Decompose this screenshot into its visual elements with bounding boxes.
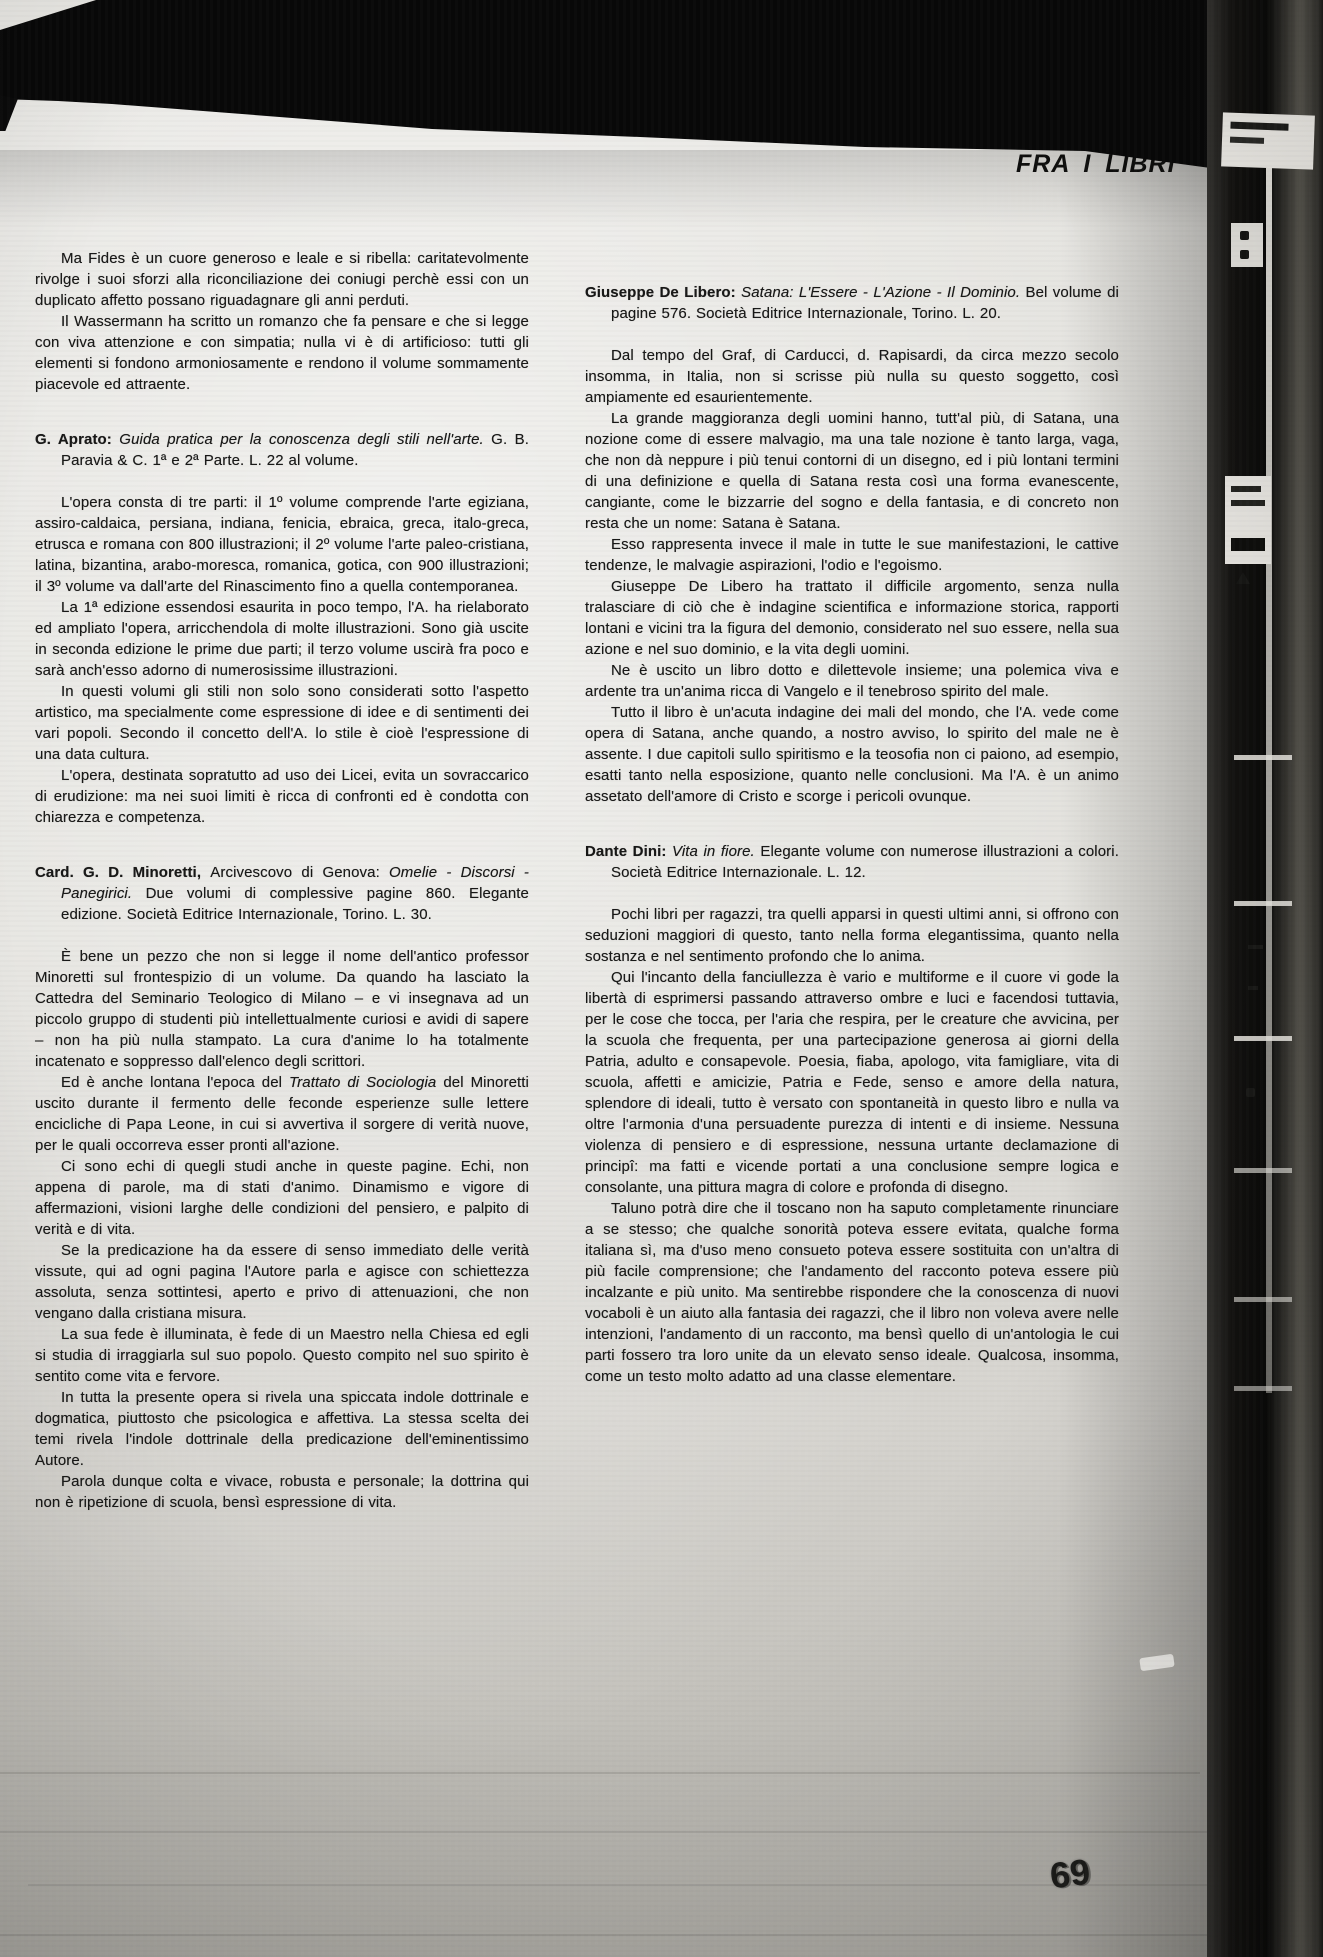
text-segment: Ne è uscito un libro dotto e dilettevole… (585, 662, 1119, 700)
review-paragraph: La grande maggioranza degli uomini hanno… (585, 408, 1119, 534)
text-segment: La sua fede è illuminata, è fede di un M… (35, 1326, 529, 1385)
column-right: Giuseppe De Libero: Satana: L'Essere - L… (585, 248, 1119, 1387)
review-paragraph: Parola dunque colta e vivace, robusta e … (35, 1471, 529, 1513)
text-segment: Ci sono echi di quegli studi anche in qu… (35, 1158, 529, 1238)
index-tab (1225, 476, 1271, 564)
text-segment: L'opera consta di tre parti: il 1º volum… (35, 494, 529, 595)
text-segment: Tutto il libro è un'acuta indagine dei m… (585, 704, 1119, 805)
review-paragraph: Esso rappresenta invece il male in tutte… (585, 534, 1119, 576)
scan-streak (0, 1831, 1215, 1833)
review-paragraph: Ci sono echi di quegli studi anche in qu… (35, 1156, 529, 1240)
text-segment: G. Aprato: (35, 431, 119, 448)
scan-streak (0, 1934, 1225, 1936)
text-segment: Ma Fides è un cuore generoso e leale e s… (35, 250, 529, 309)
text-segment: Due volumi di complessive pagine 860. El… (61, 885, 529, 923)
text-segment: Giuseppe De Libero ha trattato il diffic… (585, 578, 1119, 658)
index-tab (1231, 223, 1263, 267)
review-paragraph: Tutto il libro è un'acuta indagine dei m… (585, 702, 1119, 807)
review-paragraph: L'opera consta di tre parti: il 1º volum… (35, 492, 529, 597)
fore-edge-page-line (1266, 168, 1272, 1393)
text-segment: Dante Dini: (585, 843, 672, 860)
text-segment: Taluno potrà dire che il toscano non ha … (585, 1200, 1119, 1385)
tab-mark (1231, 486, 1261, 492)
book-fore-edge (1207, 0, 1323, 1957)
fore-edge-dash (1234, 1168, 1292, 1173)
text-segment: Satana: L'Essere - L'Azione - Il Dominio… (741, 284, 1020, 301)
column-left: Ma Fides è un cuore generoso e leale e s… (35, 248, 529, 1513)
fore-edge-tick (1248, 945, 1263, 949)
text-segment: Giuseppe De Libero: (585, 284, 741, 301)
tab-mark (1230, 137, 1264, 144)
text-segment: Pochi libri per ragazzi, tra quelli appa… (585, 906, 1119, 965)
text-segment: In tutta la presente opera si rivela una… (35, 1389, 529, 1469)
fore-edge-tick (1248, 986, 1258, 990)
review-paragraph: Se la predicazione ha da essere di senso… (35, 1240, 529, 1324)
review-paragraph: Dal tempo del Graf, di Carducci, d. Rapi… (585, 345, 1119, 408)
tab-mark (1230, 122, 1288, 131)
review-paragraph: L'opera, destinata sopratutto ad uso dei… (35, 765, 529, 828)
tab-mark (1240, 250, 1249, 259)
fore-edge-dash (1234, 901, 1292, 906)
scan-streak (28, 1884, 1213, 1886)
review-heading: Card. G. D. Minoretti, Arcivescovo di Ge… (35, 862, 529, 925)
fore-edge-tick (1246, 1088, 1255, 1097)
text-segment: In questi volumi gli stili non solo sono… (35, 683, 529, 763)
text-segment: Ed è anche lontana l'epoca del (61, 1074, 289, 1091)
review-paragraph: In questi volumi gli stili non solo sono… (35, 681, 529, 765)
review-heading: G. Aprato: Guida pratica per la conoscen… (35, 429, 529, 471)
fore-edge-dash (1234, 1036, 1292, 1041)
scanned-page: FRA I LIBRI Ma Fides è un cuore generoso… (0, 0, 1323, 1957)
review-paragraph: Ne è uscito un libro dotto e dilettevole… (585, 660, 1119, 702)
text-segment: Vita in fiore. (672, 843, 755, 860)
triangle-icon (1236, 572, 1250, 584)
text-segment: La 1ª edizione essendosi esaurita in poc… (35, 599, 529, 679)
review-paragraph: Il Wassermann ha scritto un romanzo che … (35, 311, 529, 395)
review-paragraph: Qui l'incanto della fanciullezza è vario… (585, 967, 1119, 1198)
tab-mark (1231, 500, 1265, 506)
text-segment: Qui l'incanto della fanciullezza è vario… (585, 969, 1119, 1196)
review-paragraph: La 1ª edizione essendosi esaurita in poc… (35, 597, 529, 681)
tab-mark (1240, 231, 1249, 240)
review-heading: Giuseppe De Libero: Satana: L'Essere - L… (585, 282, 1119, 324)
text-segment: Il Wassermann ha scritto un romanzo che … (35, 313, 529, 393)
review-paragraph: Ed è anche lontana l'epoca del Trattato … (35, 1072, 529, 1156)
review-heading: Dante Dini: Vita in fiore. Elegante volu… (585, 841, 1119, 883)
review-paragraph: In tutta la presente opera si rivela una… (35, 1387, 529, 1471)
text-segment: La grande maggioranza degli uomini hanno… (585, 410, 1119, 532)
text-segment: Trattato di Sociologia (289, 1074, 436, 1091)
tab-mark (1231, 538, 1265, 551)
text-segment: Se la predicazione ha da essere di senso… (35, 1242, 529, 1322)
review-paragraph: Giuseppe De Libero ha trattato il diffic… (585, 576, 1119, 660)
review-paragraph: Pochi libri per ragazzi, tra quelli appa… (585, 904, 1119, 967)
review-paragraph: Ma Fides è un cuore generoso e leale e s… (35, 248, 529, 311)
text-segment: L'opera, destinata sopratutto ad uso dei… (35, 767, 529, 826)
text-segment: È bene un pezzo che non si legge il nome… (35, 948, 529, 1070)
review-paragraph: È bene un pezzo che non si legge il nome… (35, 946, 529, 1072)
text-segment: Card. G. D. Minoretti, (35, 864, 210, 881)
text-segment: Arcivescovo di Genova: (210, 864, 389, 881)
text-segment: Parola dunque colta e vivace, robusta e … (35, 1473, 529, 1511)
text-segment: Dal tempo del Graf, di Carducci, d. Rapi… (585, 347, 1119, 406)
fore-edge-dash (1234, 755, 1292, 760)
text-segment: Esso rappresenta invece il male in tutte… (585, 536, 1119, 574)
scan-streak (0, 1772, 1200, 1774)
fore-edge-dash (1234, 1386, 1292, 1391)
review-paragraph: La sua fede è illuminata, è fede di un M… (35, 1324, 529, 1387)
fore-edge-dash (1234, 1297, 1292, 1302)
review-paragraph: Taluno potrà dire che il toscano non ha … (585, 1198, 1119, 1387)
page-number: 69 (1048, 1851, 1093, 1898)
index-tab (1221, 112, 1315, 169)
text-segment: Guida pratica per la conoscenza degli st… (119, 431, 483, 448)
